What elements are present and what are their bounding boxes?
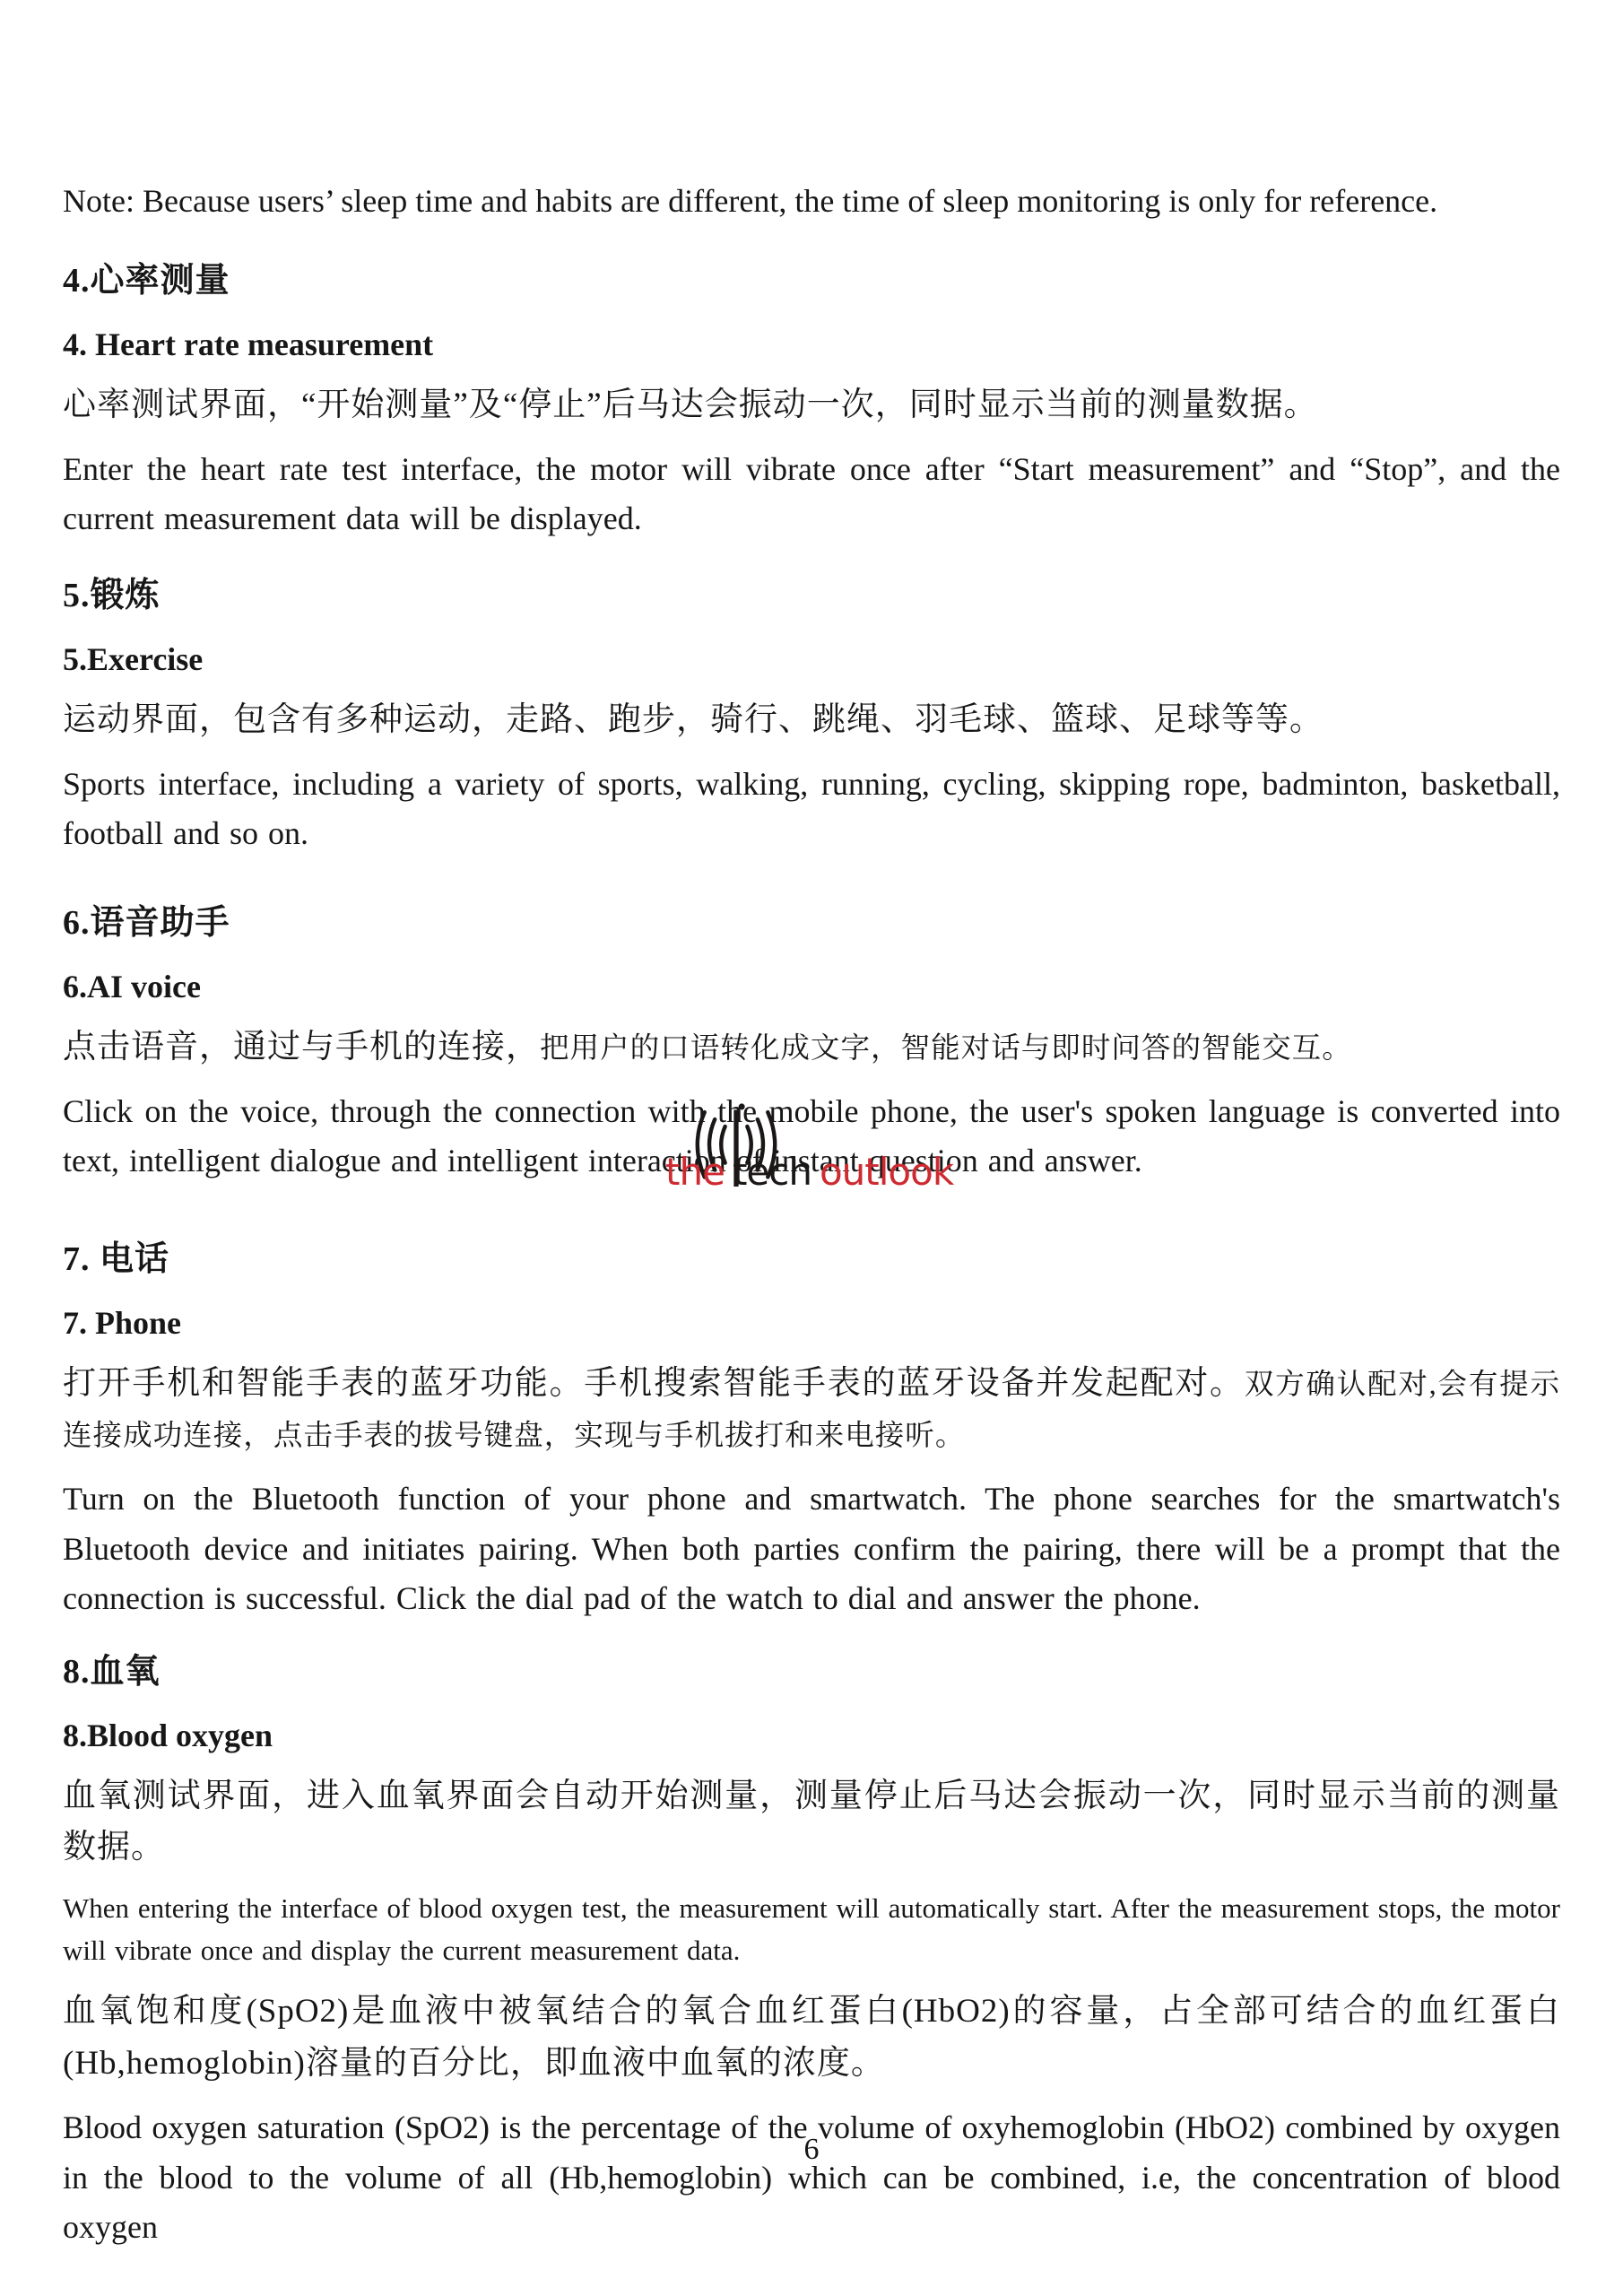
heart-rate-heading-en: 4. Heart rate measurement <box>63 325 1560 365</box>
spo2-paragraph-zh: 血氧饱和度(SpO2)是血液中被氧结合的氧合血红蛋白(HbO2)的容量，占全部可… <box>63 1986 1560 2089</box>
heart-rate-heading-zh: 4.心率测量 <box>63 260 1560 303</box>
manual-page: Note: Because users’ sleep time and habi… <box>0 0 1623 2296</box>
exercise-heading-zh: 5.锻炼 <box>63 575 1560 618</box>
section-ai-voice: 6.语音助手 6.AI voice 点击语音，通过与手机的连接，把用户的口语转化… <box>63 902 1560 1187</box>
ai-voice-paragraph-zh-part2: 把用户的口语转化成文字，智能对话与即时问答的智能交互。 <box>540 1032 1352 1065</box>
phone-heading-zh: 7. 电话 <box>63 1239 1560 1282</box>
ai-voice-heading-zh: 6.语音助手 <box>63 902 1560 945</box>
exercise-paragraph-zh: 运动界面，包含有多种运动，走路、跑步，骑行、跳绳、羽毛球、篮球、足球等等。 <box>63 694 1560 745</box>
page-number: 6 <box>0 2133 1623 2167</box>
blood-oxygen-heading-en: 8.Blood oxygen <box>63 1716 1560 1756</box>
phone-paragraph-en: Turn on the Bluetooth function of your p… <box>63 1474 1560 1623</box>
sleep-monitoring-note: Note: Because users’ sleep time and habi… <box>63 178 1560 223</box>
blood-oxygen-paragraph-zh-1: 血氧测试界面，进入血氧界面会自动开始测量，测量停止后马达会振动一次，同时显示当前… <box>63 1770 1560 1874</box>
blood-oxygen-heading-zh: 8.血氧 <box>63 1651 1560 1694</box>
heart-rate-paragraph-en: Enter the heart rate test interface, the… <box>63 445 1560 544</box>
phone-paragraph-zh: 打开手机和智能手表的蓝牙功能。手机搜索智能手表的蓝牙设备并发起配对。双方确认配对… <box>63 1358 1560 1461</box>
heart-rate-paragraph-zh: 心率测试界面，“开始测量”及“停止”后马达会振动一次，同时显示当前的测量数据。 <box>63 379 1560 430</box>
section-phone: 7. 电话 7. Phone 打开手机和智能手表的蓝牙功能。手机搜索智能手表的蓝… <box>63 1239 1560 1624</box>
phone-paragraph-zh-part1: 打开手机和智能手表的蓝牙功能。手机搜索智能手表的蓝牙设备并发起配对。 <box>63 1365 1245 1402</box>
phone-heading-en: 7. Phone <box>63 1303 1560 1344</box>
exercise-paragraph-en: Sports interface, including a variety of… <box>63 760 1560 859</box>
section-heart-rate: 4.心率测量 4. Heart rate measurement 心率测试界面，… <box>63 260 1560 544</box>
ai-voice-paragraph-zh: 点击语音，通过与手机的连接，把用户的口语转化成文字，智能对话与即时问答的智能交互… <box>63 1022 1560 1073</box>
blood-oxygen-paragraph-en-small: When entering the interface of blood oxy… <box>63 1887 1560 1971</box>
exercise-heading-en: 5.Exercise <box>63 639 1560 680</box>
section-exercise: 5.锻炼 5.Exercise 运动界面，包含有多种运动，走路、跑步，骑行、跳绳… <box>63 575 1560 859</box>
ai-voice-paragraph-en: Click on the voice, through the connecti… <box>63 1087 1560 1187</box>
spo2-paragraph-en: Blood oxygen saturation (SpO2) is the pe… <box>63 2103 1560 2252</box>
ai-voice-heading-en: 6.AI voice <box>63 967 1560 1007</box>
ai-voice-paragraph-zh-part1: 点击语音，通过与手机的连接， <box>63 1029 540 1065</box>
